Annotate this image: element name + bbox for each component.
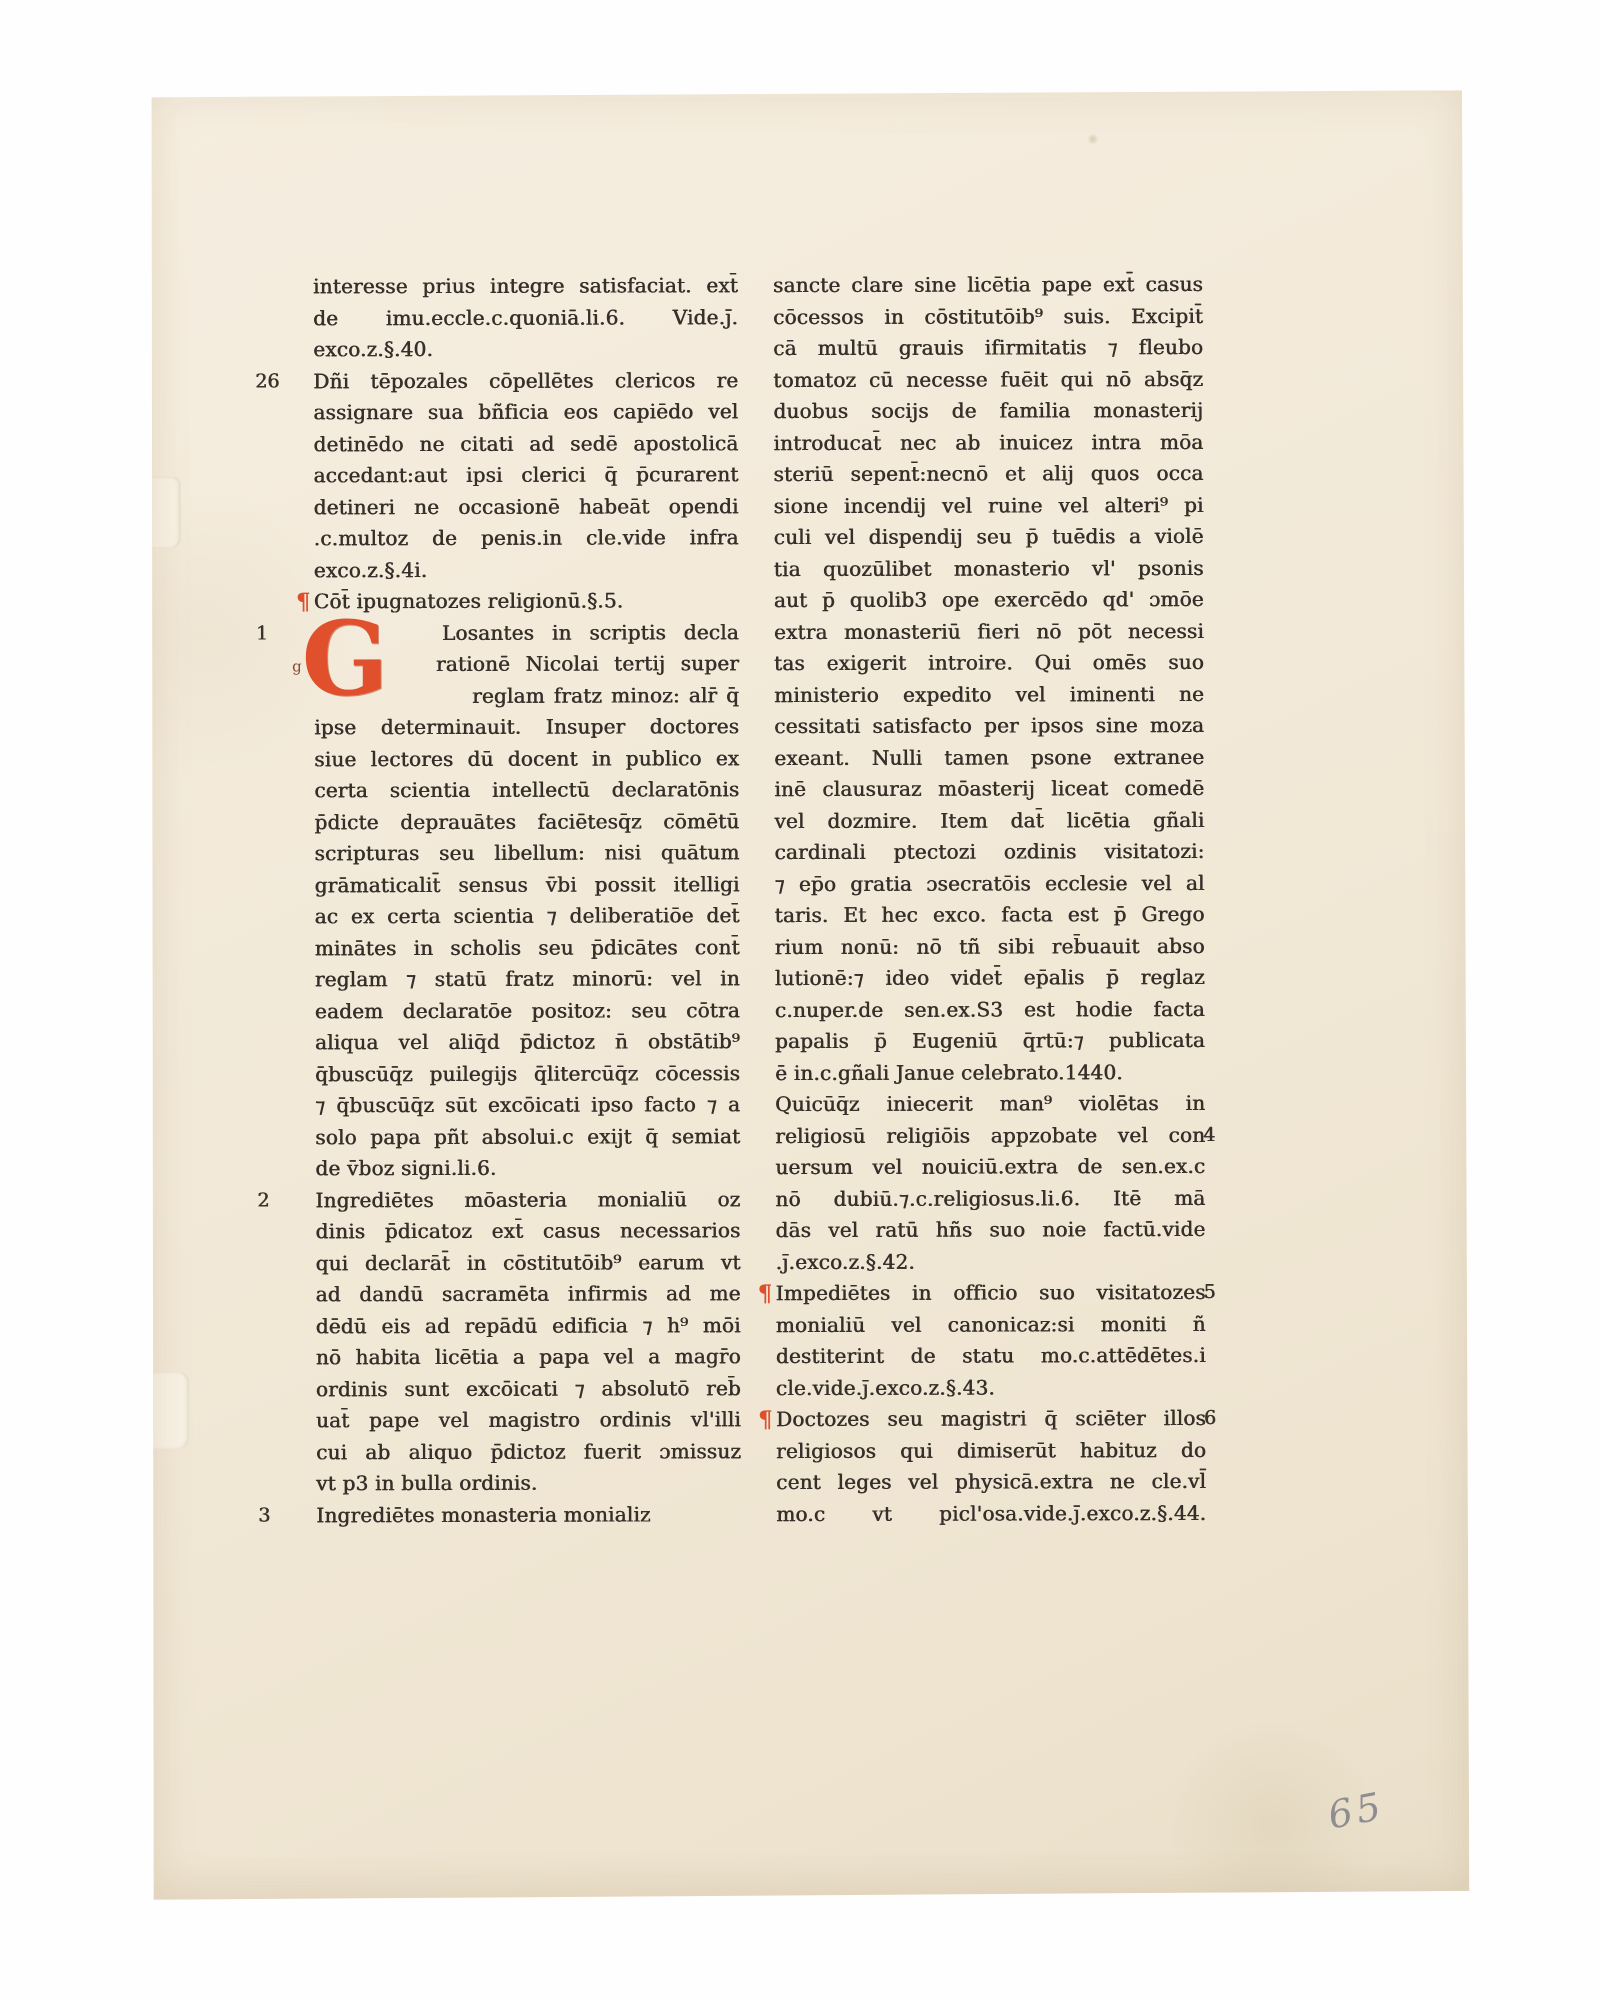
text-line: ministerio expedito vel iminenti ne (774, 678, 1204, 711)
text-line: nō habita licētia a papa vel a magr̄o (316, 1341, 741, 1374)
text-line: tia quozūlibet monasterio vl' psonis (774, 552, 1204, 585)
text-line: scripturas seu libellum: nisi quātum (315, 837, 740, 870)
text-line: ¶5Impediētes in officio suo visitatozes (776, 1277, 1206, 1310)
text-line: tomatoz cū necesse fuēit qui nō absq̄z (773, 363, 1203, 396)
line-text: Dñi tēpozales cōpellētes clericos re (313, 368, 738, 393)
text-line: extra monasteriū fieri nō pōt necessi (774, 615, 1204, 648)
line-text: .j̄.exco.z.§.42. (776, 1249, 915, 1273)
text-line: lutionē:⁊ ideo videt̄ ep̄alis p̄ reglaz (775, 962, 1205, 995)
line-text: aliqua vel aliq̄d p̄dictoz n̄ obstātib⁹ (315, 1029, 740, 1054)
line-text: detinēdo ne citati ad sedē apostolicā (314, 431, 739, 456)
margin-paragraph-number: 26 (255, 366, 307, 398)
line-text: introducat̄ nec ab inuicez intra mōa (774, 429, 1204, 454)
text-line: cā multū grauis ifirmitatis ⁊ fleubo (773, 332, 1203, 365)
line-text: Doctozes seu magistri q̄ sciēter illos (776, 1406, 1206, 1431)
text-line: vel dozmire. Item dat̄ licētia gñali (775, 804, 1205, 837)
text-line: interesse prius integre satisfaciat. ext… (313, 270, 738, 303)
line-text: dēdū eis ad repādū edificia ⁊ h⁹ mōi (316, 1313, 741, 1338)
text-line: 2Ingrediētes mōasteria monialiū oz (315, 1184, 740, 1217)
line-text: lutionē:⁊ ideo videt̄ ep̄alis p̄ reglaz (775, 965, 1205, 990)
line-text: exeant. Nulli tamen psone extranee (774, 744, 1204, 769)
line-text: Ingrediētes monasteria monializ (316, 1502, 650, 1527)
text-line: dās vel ratū hñs suo noie factū.vide (776, 1214, 1206, 1247)
line-text: eadem declaratōe positoz: seu cōtra (315, 998, 740, 1023)
text-line: q̄buscūq̄z puilegijs q̄litercūq̄z cōcess… (315, 1058, 740, 1091)
line-text: uat̄ pape vel magistro ordinis vl'illi (316, 1407, 741, 1432)
line-text: interesse prius integre satisfaciat. ext… (313, 273, 738, 298)
text-line: ē in.c.gñali Janue celebrato.1440. (775, 1056, 1205, 1089)
text-line: ac ex certa scientia ⁊ deliberatiōe det̄ (315, 900, 740, 933)
text-line: cardinali ptectozi ozdinis visitatozi: (775, 836, 1205, 869)
line-text: mo.c vt picl'osa.vide.j̄.exco.z.§.44. (776, 1500, 1206, 1525)
line-text: cā multū grauis ifirmitatis ⁊ fleubo (773, 335, 1203, 360)
text-line: cessitati satisfacto per ipsos sine moza (774, 710, 1204, 743)
text-line: ⁊ ep̄o gratia ɔsecratōis ecclesie vel al (775, 867, 1205, 900)
text-line: cent leges vel physicā.extra ne cle.vl̄ (776, 1466, 1206, 1499)
text-line: assignare sua bñficia eos capiēdo vel (313, 396, 738, 429)
line-text: duobus socijs de familia monasterij (773, 398, 1203, 423)
text-line: ad dandū sacramēta infirmis ad me (316, 1278, 741, 1311)
text-line: religiosos qui dimiserūt habituz do (776, 1434, 1206, 1467)
paper-edge-chip (151, 1372, 189, 1450)
text-line: destiterint de statu mo.c.attēdētes.i (776, 1340, 1206, 1373)
line-text: nō dubiū.⁊.c.religiosus.li.6. Itē mā (776, 1185, 1206, 1210)
line-text: exco.z.§.4i. (314, 557, 428, 581)
text-column-right: sancte clare sine licētia pape ext̄ casu… (773, 269, 1206, 1530)
line-text: rium nonū: nō tñ sibi reb̄uauit abso (775, 933, 1205, 958)
text-line: solo papa pñt absolui.c exijt q̄ semiat (315, 1121, 740, 1154)
line-text: certa scientia intellectū declaratōnis (314, 777, 739, 802)
text-line: nō dubiū.⁊.c.religiosus.li.6. Itē mā (775, 1182, 1205, 1215)
margin-paragraph-number: 5 (1204, 1277, 1244, 1309)
line-text: ⁊ ep̄o gratia ɔsecratōis ecclesie vel al (775, 870, 1205, 895)
line-text: ⁊ q̄buscūq̄z sūt excōicati ipso facto ⁊ … (315, 1092, 740, 1117)
line-text: .c.multoz de penis.in cle.vide infra (314, 525, 739, 550)
line-text: vel dozmire. Item dat̄ licētia gñali (775, 807, 1205, 832)
text-line: exco.z.§.40. (313, 333, 738, 366)
text-line: taris. Et hec exco. facta est p̄ Grego (775, 899, 1205, 932)
line-text: grāmaticalit̄ sensus v̄bi possit itellig… (315, 872, 740, 897)
text-line: steriū sepent̄:necnō et alij quos occa (774, 458, 1204, 491)
text-line: inē clausuraz mōasterij liceat comedē (774, 773, 1204, 806)
text-column-left: interesse prius integre satisfaciat. ext… (313, 270, 741, 1531)
line-text: q̄buscūq̄z puilegijs q̄litercūq̄z cōcess… (315, 1061, 740, 1086)
line-text: qui declarāt̄ in cōstitutōib⁹ earum vt (316, 1250, 741, 1275)
rubric-pilcrow-mark: ¶ (758, 1404, 773, 1436)
text-line: minātes in scholis seu p̄dicātes cont̄ (315, 932, 740, 965)
line-text: papalis p̄ Eugeniū q̄rtū:⁊ publicata (775, 1028, 1205, 1053)
line-text: sione incendij vel ruine vel alteri⁹ pi (774, 492, 1204, 517)
line-text: dās vel ratū hñs suo noie factū.vide (776, 1217, 1206, 1242)
text-line: cui ab aliquo p̄dictoz fuerit ɔmissuz (316, 1436, 741, 1469)
line-text: aut p̄ quolib3 ope exercēdo qd' ɔmōe (774, 587, 1204, 612)
text-line: p̄dicte deprauātes faciētesq̄z cōmētū (315, 806, 740, 839)
paper-edge-chip (149, 477, 181, 549)
text-line: duobus socijs de familia monasterij (773, 395, 1203, 428)
line-text: ad dandū sacramēta infirmis ad me (316, 1281, 741, 1306)
text-line: dēdū eis ad repādū edificia ⁊ h⁹ mōi (316, 1310, 741, 1343)
line-text: cent leges vel physicā.extra ne cle.vl̄ (776, 1469, 1206, 1494)
line-text: de v̄boz signi.li.6. (315, 1156, 496, 1180)
line-text: reglam fratz minoz: alr̄ q̄ (472, 683, 739, 708)
line-text: siue lectores dū docent in publico ex (314, 746, 739, 771)
line-text: ē in.c.gñali Janue celebrato.1440. (775, 1060, 1123, 1085)
line-text: scripturas seu libellum: nisi quātum (315, 840, 740, 865)
line-text: cardinali ptectozi ozdinis visitatozi: (775, 839, 1205, 864)
text-line: Quicūq̄z iniecerit man⁹ violētas in (775, 1088, 1205, 1121)
margin-paragraph-number: 3 (258, 1500, 310, 1532)
text-line: mo.c vt picl'osa.vide.j̄.exco.z.§.44. (776, 1497, 1206, 1530)
rubric-pilcrow-mark: ¶ (758, 1278, 773, 1310)
line-text: nō habita licētia a papa vel a magr̄o (316, 1344, 741, 1369)
line-text: monialiū vel canonicaz:si moniti ñ (776, 1311, 1206, 1336)
text-line: de v̄boz signi.li.6. (315, 1152, 740, 1185)
text-line: uersum vel nouiciū.extra de sen.ex.c (775, 1151, 1205, 1184)
text-line: exeant. Nulli tamen psone extranee (774, 741, 1204, 774)
text-line: papalis p̄ Eugeniū q̄rtū:⁊ publicata (775, 1025, 1205, 1058)
line-text: religiosū religiōis appzobate vel con (775, 1122, 1205, 1147)
line-text: culi vel dispendij seu p̄ tuēdis a violē (774, 524, 1204, 549)
text-line: .j̄.exco.z.§.42. (776, 1245, 1206, 1278)
text-line: reglam ⁊ statū fratz minorū: vel in (315, 963, 740, 996)
line-text: ordinis sunt excōicati ⁊ absolutō reb̄ (316, 1376, 741, 1401)
line-text: accedant:aut ipsi clerici q̄ p̄curarent (314, 462, 739, 487)
text-line: monialiū vel canonicaz:si moniti ñ (776, 1308, 1206, 1341)
incunable-leaf: interesse prius integre satisfaciat. ext… (148, 90, 1470, 1899)
text-line: 4religiosū religiōis appzobate vel con (775, 1119, 1205, 1152)
text-line: detinēdo ne citati ad sedē apostolicā (314, 428, 739, 461)
line-text: ac ex certa scientia ⁊ deliberatiōe det̄ (315, 903, 740, 928)
text-line: ⁊ q̄buscūq̄z sūt excōicati ipso facto ⁊ … (315, 1089, 740, 1122)
line-text: Quicūq̄z iniecerit man⁹ violētas in (775, 1091, 1205, 1116)
line-text: rationē Nicolai tertij super (436, 651, 739, 676)
line-text: c.nuper.de sen.ex.S3 est hodie facta (775, 996, 1205, 1021)
line-text: Losantes in scriptis decla (442, 620, 739, 645)
line-text: assignare sua bñficia eos capiēdo vel (313, 399, 738, 424)
line-text: cle.vide.j̄.exco.z.§.43. (776, 1375, 995, 1400)
text-line: vt p3 in bulla ordinis. (316, 1467, 741, 1500)
margin-paragraph-number: 6 (1204, 1403, 1244, 1435)
line-text: de imu.eccle.c.quoniā.li.6. Vide.j̄. (313, 305, 738, 330)
line-text: reglam ⁊ statū fratz minorū: vel in (315, 966, 740, 991)
line-text: cōcessos in cōstitutōib⁹ suis. Excipit̄ (773, 303, 1203, 328)
text-line: aliqua vel aliq̄d p̄dictoz n̄ obstātib⁹ (315, 1026, 740, 1059)
line-text: tia quozūlibet monasterio vl' psonis (774, 555, 1204, 580)
text-line: 3Ingrediētes monasteria monializ (316, 1499, 741, 1532)
text-line: ordinis sunt excōicati ⁊ absolutō reb̄ (316, 1373, 741, 1406)
text-line: rium nonū: nō tñ sibi reb̄uauit abso (775, 930, 1205, 963)
line-text: exco.z.§.40. (313, 337, 433, 361)
line-text: sancte clare sine licētia pape ext̄ casu… (773, 272, 1203, 297)
line-text: taris. Et hec exco. facta est p̄ Grego (775, 902, 1205, 927)
margin-paragraph-number: 4 (1203, 1119, 1243, 1151)
text-line: de imu.eccle.c.quoniā.li.6. Vide.j̄. (313, 302, 738, 335)
text-line: certa scientia intellectū declaratōnis (314, 774, 739, 807)
text-line: eadem declaratōe positoz: seu cōtra (315, 995, 740, 1028)
text-line: .c.multoz de penis.in cle.vide infra (314, 522, 739, 555)
text-line: qui declarāt̄ in cōstitutōib⁹ earum vt (316, 1247, 741, 1280)
text-line: accedant:aut ipsi clerici q̄ p̄curarent (314, 459, 739, 492)
line-text: minātes in scholis seu p̄dicātes cont̄ (315, 935, 740, 960)
rubricated-initial-G: G (290, 611, 400, 711)
text-line: dinis p̄dicatoz ext̄ casus necessarios (316, 1215, 741, 1248)
text-line: siue lectores dū docent in publico ex (314, 743, 739, 776)
line-text: p̄dicte deprauātes faciētesq̄z cōmētū (315, 809, 740, 834)
line-text: steriū sepent̄:necnō et alij quos occa (774, 461, 1204, 486)
text-line: aut p̄ quolib3 ope exercēdo qd' ɔmōe (774, 584, 1204, 617)
text-line: ¶6Doctozes seu magistri q̄ sciēter illos (776, 1403, 1206, 1436)
text-line: c.nuper.de sen.ex.S3 est hodie facta (775, 993, 1205, 1026)
line-text: inē clausuraz mōasterij liceat comedē (774, 776, 1204, 801)
line-text: tomatoz cū necesse fuēit qui nō absq̄z (773, 366, 1203, 391)
text-line: 26Dñi tēpozales cōpellētes clericos re (313, 365, 738, 398)
line-text: religiosos qui dimiserūt habituz do (776, 1437, 1206, 1462)
line-text: uersum vel nouiciū.extra de sen.ex.c (775, 1154, 1205, 1179)
line-text: Ingrediētes mōasteria monialiū oz (316, 1187, 741, 1212)
line-text: ministerio expedito vel iminenti ne (774, 681, 1204, 706)
line-text: tas exigerit introire. Qui omēs suo (774, 650, 1204, 675)
text-line: grāmaticalit̄ sensus v̄bi possit itellig… (315, 869, 740, 902)
line-text: extra monasteriū fieri nō pōt necessi (774, 618, 1204, 643)
text-line: uat̄ pape vel magistro ordinis vl'illi (316, 1404, 741, 1437)
text-line: cle.vide.j̄.exco.z.§.43. (776, 1371, 1206, 1404)
line-text: Impediētes in officio suo visitatozes (776, 1280, 1206, 1305)
text-line: sancte clare sine licētia pape ext̄ casu… (773, 269, 1203, 302)
line-text: cui ab aliquo p̄dictoz fuerit ɔmissuz (316, 1439, 741, 1464)
text-line: cōcessos in cōstitutōib⁹ suis. Excipit̄ (773, 300, 1203, 333)
text-line: detineri ne occasionē habeāt opendi (314, 491, 739, 524)
text-line: sione incendij vel ruine vel alteri⁹ pi (774, 489, 1204, 522)
text-line: culi vel dispendij seu p̄ tuēdis a violē (774, 521, 1204, 554)
line-text: cessitati satisfacto per ipsos sine moza (774, 713, 1204, 738)
margin-paragraph-number: 2 (257, 1185, 309, 1217)
line-text: destiterint de statu mo.c.attēdētes.i (776, 1343, 1206, 1368)
text-line: introducat̄ nec ab inuicez intra mōa (774, 426, 1204, 459)
text-line: tas exigerit introire. Qui omēs suo (774, 647, 1204, 680)
pencil-folio-number: 65 (1324, 1784, 1388, 1838)
text-line: exco.z.§.4i. (314, 554, 739, 587)
photo-background: interesse prius integre satisfaciat. ext… (0, 0, 1600, 2000)
line-text: vt p3 in bulla ordinis. (316, 1471, 537, 1496)
line-text: detineri ne occasionē habeāt opendi (314, 494, 739, 519)
line-text: dinis p̄dicatoz ext̄ casus necessarios (316, 1218, 741, 1243)
line-text: solo papa pñt absolui.c exijt q̄ semiat (315, 1124, 740, 1149)
